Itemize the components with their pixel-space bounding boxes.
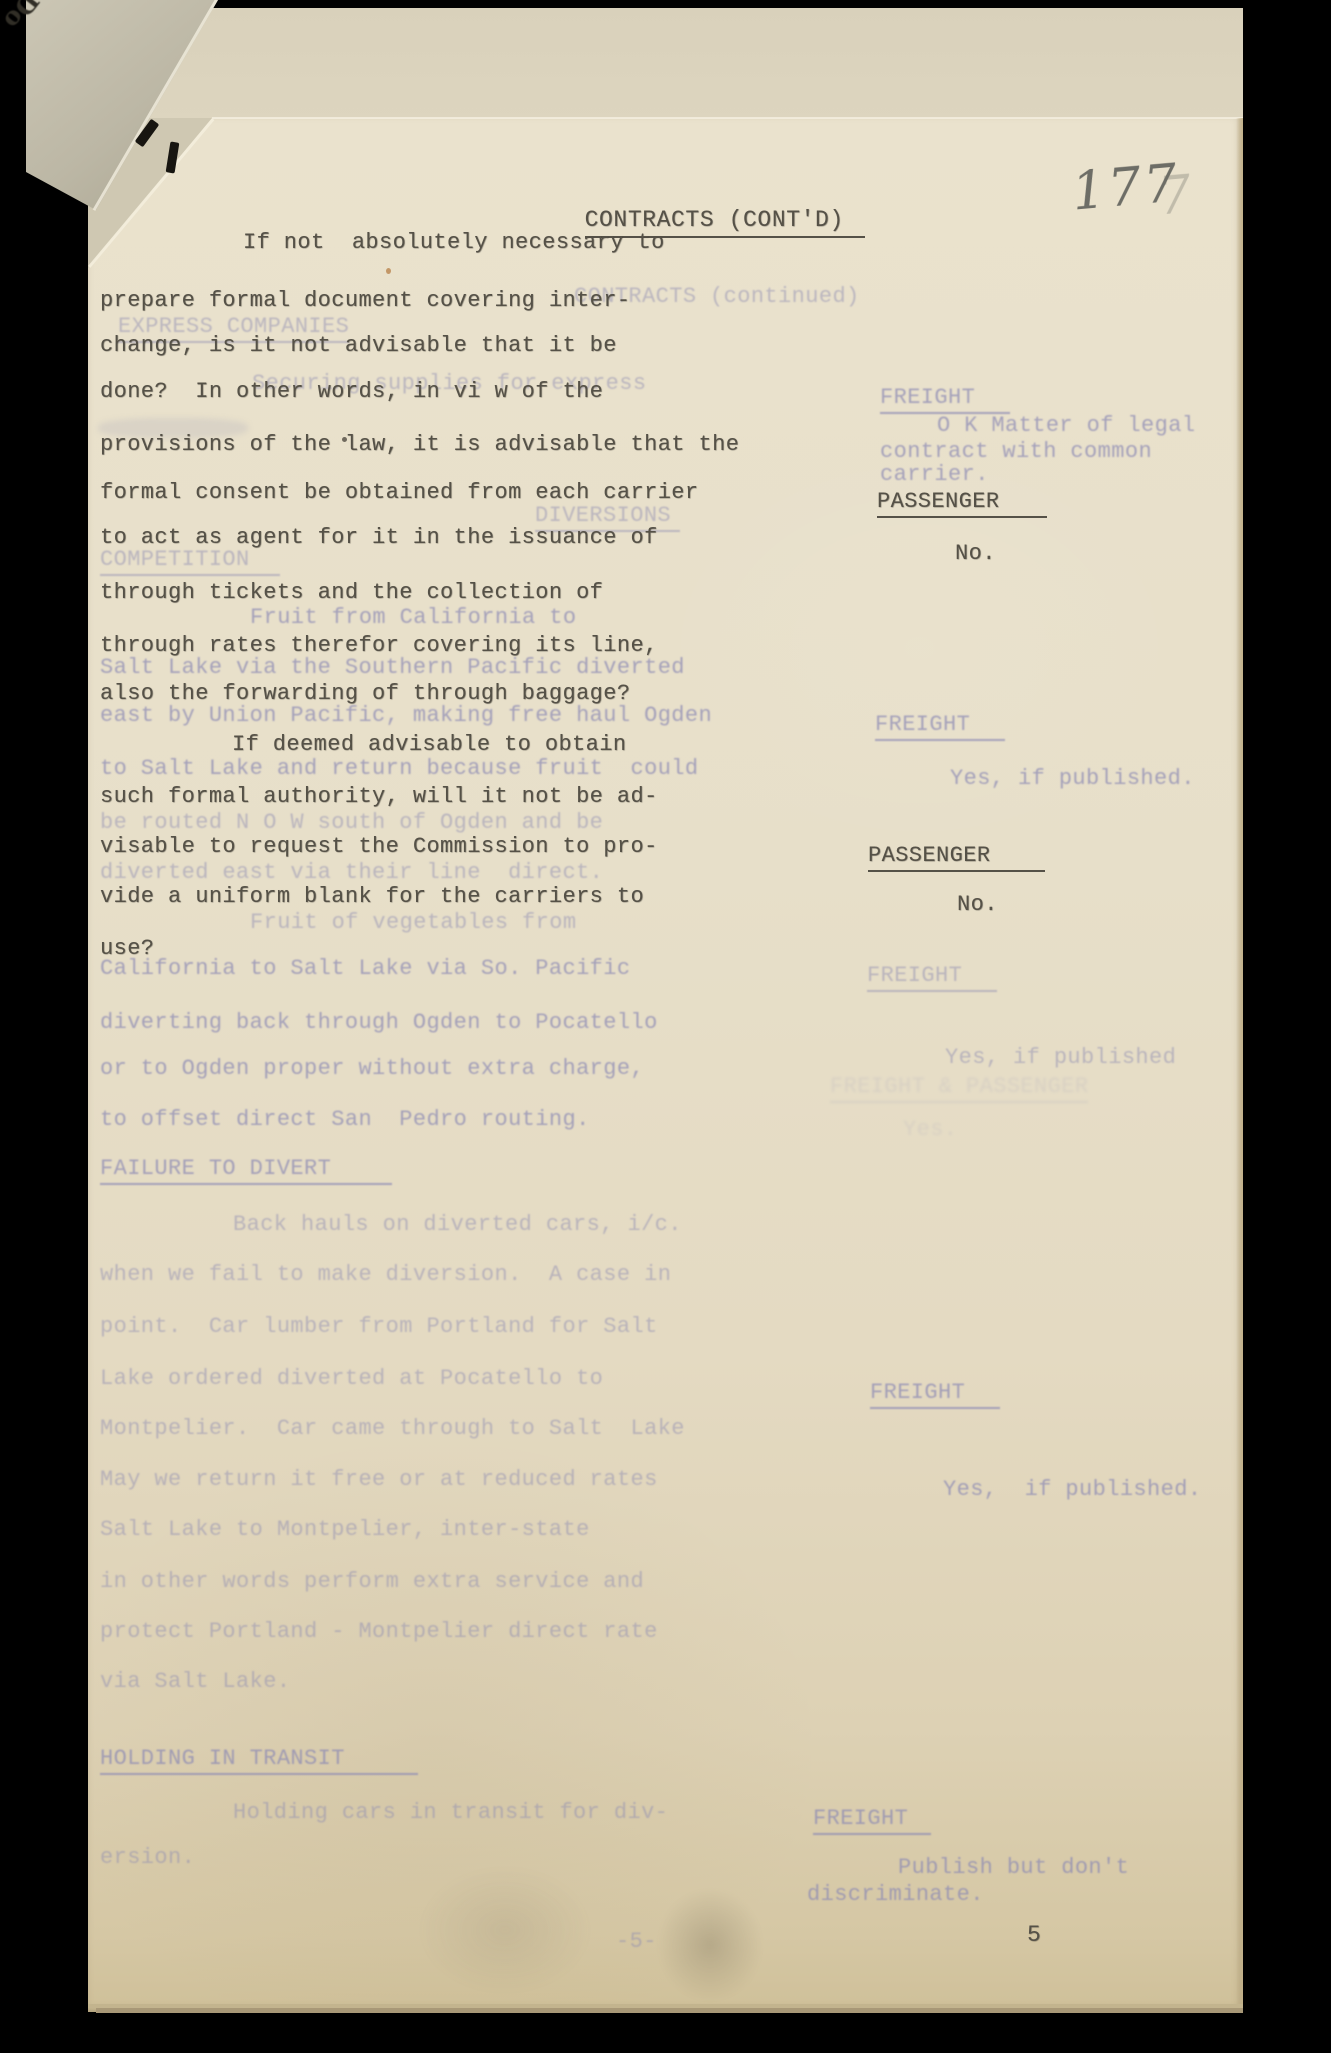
- bleedthrough-line: in other words perform extra service and: [100, 1569, 644, 1594]
- answer-line: Publish but don't: [898, 1855, 1129, 1880]
- stain: [640, 1870, 780, 2020]
- typed-line: prepare formal document covering inter-: [100, 288, 630, 313]
- bleedthrough-line: when we fail to make diversion. A case i…: [100, 1262, 671, 1287]
- bleedthrough-line: protect Portland - Montpelier direct rat…: [100, 1619, 658, 1644]
- typed-line: If not absolutely necessary to: [243, 230, 665, 255]
- answer-line: carrier.: [880, 462, 989, 487]
- bleedthrough-line: California to Salt Lake via So. Pacific: [100, 956, 630, 981]
- answer-line: contract with common: [880, 439, 1152, 464]
- answer-line: FREIGHT: [875, 712, 1005, 741]
- bleedthrough-line: east by Union Pacific, making free haul …: [100, 703, 712, 728]
- answer-line: Yes, if published: [945, 1045, 1176, 1070]
- typed-line: visable to request the Commission to pro…: [100, 834, 658, 859]
- bleedthrough-line: May we return it free or at reduced rate…: [100, 1467, 658, 1492]
- typed-line: through tickets and the collection of: [100, 580, 603, 605]
- bleedthrough-line: Fruit of vegetables from: [250, 910, 576, 935]
- ink-speck: [386, 268, 391, 274]
- typed-line: done? In other words, in vi w of the: [100, 379, 603, 404]
- typed-line: use?: [100, 936, 154, 961]
- answer-line: PASSENGER: [868, 843, 1045, 872]
- page-number: 5: [1027, 1922, 1041, 1948]
- typed-line: change, is it not advisable that it be: [100, 333, 617, 358]
- document-scan: Do CONTRACTS (CONT'D) 177 7 5 CONTRACTS …: [0, 0, 1331, 2053]
- bleedthrough-line: ersion.: [100, 1845, 195, 1870]
- bleedthrough-line: Back hauls on diverted cars, i/c.: [233, 1212, 682, 1237]
- answer-line: Yes.: [903, 1117, 957, 1142]
- bleedthrough-line: be routed N O W south of Ogden and be: [100, 810, 603, 835]
- answer-line: discriminate.: [807, 1882, 984, 1907]
- typed-line: formal consent be obtained from each car…: [100, 480, 699, 505]
- answer-line: FREIGHT: [880, 385, 1010, 414]
- bleedthrough-line: to Salt Lake and return because fruit co…: [100, 756, 699, 781]
- answer-line: No.: [957, 892, 998, 917]
- bleedthrough-line: diverting back through Ogden to Pocatell…: [100, 1010, 658, 1035]
- stain: [390, 1845, 620, 2015]
- bleedthrough-line: diverted east via their line direct.: [100, 860, 603, 885]
- handwritten-ghost-digit: 7: [1155, 165, 1196, 228]
- bleedthrough-line: point. Car lumber from Portland for Salt: [100, 1314, 658, 1339]
- answer-line: Yes, if published.: [950, 766, 1195, 791]
- answer-line: Yes, if published.: [943, 1477, 1201, 1502]
- typed-line: provisions of the law, it is advisable t…: [100, 432, 739, 457]
- page-right-edge: [1236, 118, 1243, 2012]
- bleedthrough-line: Salt Lake via the Southern Pacific diver…: [100, 655, 685, 680]
- answer-line: FREIGHT: [870, 1380, 1000, 1409]
- bleedthrough-line: or to Ogden proper without extra charge,: [100, 1056, 644, 1081]
- typed-line: If deemed advisable to obtain: [232, 732, 626, 757]
- bleedthrough-line: via Salt Lake.: [100, 1669, 290, 1694]
- typed-line: to act as agent for it in the issuance o…: [100, 525, 658, 550]
- bleedthrough-line: Montpelier. Car came through to Salt Lak…: [100, 1416, 685, 1441]
- bleedthrough-line: HOLDING IN TRANSIT: [100, 1746, 418, 1775]
- answer-line: O K Matter of legal: [937, 413, 1195, 438]
- answer-line: FREIGHT & PASSENGER: [830, 1074, 1088, 1103]
- bleedthrough-line: FAILURE TO DIVERT: [100, 1156, 392, 1185]
- bleedthrough-line: to offset direct San Pedro routing.: [100, 1107, 590, 1132]
- bleedthrough-line: -5-: [616, 1929, 657, 1954]
- answer-line: PASSENGER: [877, 489, 1047, 518]
- answer-line: FREIGHT: [867, 963, 997, 992]
- page-top-edge: [212, 117, 1243, 119]
- under-sheet-strip: [88, 8, 1243, 122]
- typed-line: also the forwarding of through baggage?: [100, 681, 630, 706]
- bleedthrough-line: Salt Lake to Montpelier, inter-state: [100, 1517, 590, 1542]
- bleedthrough-line: Lake ordered diverted at Pocatello to: [100, 1366, 603, 1391]
- typed-line: such formal authority, will it not be ad…: [100, 784, 658, 809]
- answer-line: No.: [955, 541, 996, 566]
- answer-line: FREIGHT: [813, 1806, 931, 1835]
- bleedthrough-line: Holding cars in transit for div-: [233, 1800, 668, 1825]
- bleedthrough-line: COMPETITION: [100, 547, 280, 576]
- typed-line: through rates therefor covering its line…: [100, 633, 658, 658]
- typed-line: vide a uniform blank for the carriers to: [100, 884, 644, 909]
- bleedthrough-line: Fruit from California to: [250, 605, 576, 630]
